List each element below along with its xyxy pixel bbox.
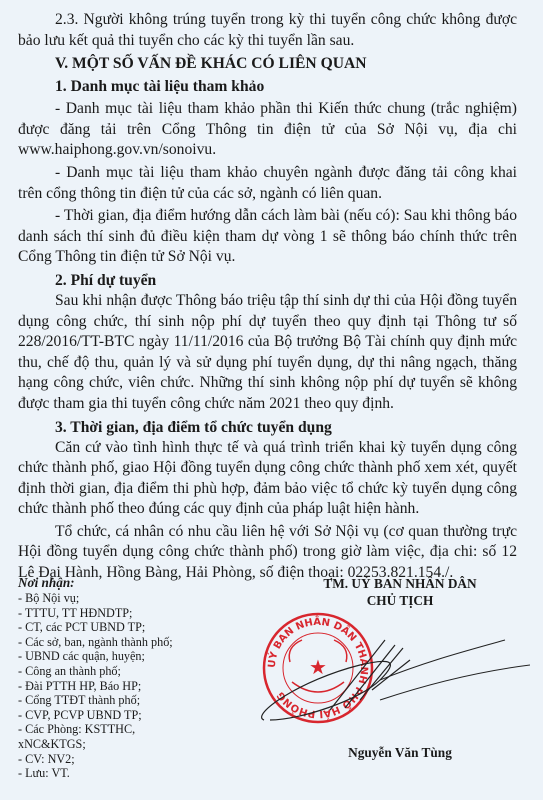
signer-role: CHỦ TỊCH	[300, 592, 500, 609]
document-body: 2.3. Người không trúng tuyển trong kỳ th…	[18, 0, 517, 584]
section-1-item: - Danh mục tài liệu tham khảo phần thi K…	[18, 99, 517, 161]
section-2-heading: 2. Phí dự tuyển	[18, 270, 517, 291]
recipients-title: Nơi nhận:	[18, 575, 228, 591]
recipient-item: - Các sở, ban, ngành thành phố;	[18, 635, 228, 650]
recipient-item: - Cổng TTĐT thành phố;	[18, 693, 228, 708]
section-3-heading: 3. Thời gian, địa điểm tổ chức tuyển dụn…	[18, 417, 517, 438]
recipient-item: - CV: NV2;	[18, 752, 228, 767]
recipients-list: Nơi nhận: - Bộ Nội vụ;- TTTU, TT HĐNDTP;…	[18, 575, 228, 781]
section-1-item: - Thời gian, địa điểm hướng dẫn cách làm…	[18, 206, 517, 268]
recipient-item: - CVP, PCVP UBND TP;	[18, 708, 228, 723]
paragraph-2-3: 2.3. Người không trúng tuyển trong kỳ th…	[18, 10, 517, 51]
signer-organization: TM. UỶ BAN NHÂN DÂN	[300, 575, 500, 592]
recipient-item: - Công an thành phố;	[18, 664, 228, 679]
section-2-text: Sau khi nhận được Thông báo triệu tập th…	[18, 291, 517, 415]
signer-name: Nguyễn Văn Tùng	[300, 745, 500, 761]
section-v-heading: V. MỘT SỐ VẤN ĐỀ KHÁC CÓ LIÊN QUAN	[18, 53, 517, 74]
recipient-item: xNC&KTGS;	[18, 737, 228, 752]
signature-icon	[260, 620, 530, 740]
section-1-item: - Danh mục tài liệu tham khảo chuyên ngà…	[18, 163, 517, 204]
recipient-item: - UBND các quận, huyện;	[18, 649, 228, 664]
section-3-text: Căn cứ vào tình hình thực tế và quá trìn…	[18, 438, 517, 520]
recipient-item: - Các Phòng: KSTTHC,	[18, 722, 228, 737]
recipient-item: - CT, các PCT UBND TP;	[18, 620, 228, 635]
section-1-heading: 1. Danh mục tài liệu tham khảo	[18, 76, 517, 97]
recipient-item: - Lưu: VT.	[18, 766, 228, 781]
recipient-item: - Đài PTTH HP, Báo HP;	[18, 679, 228, 694]
recipient-item: - Bộ Nội vụ;	[18, 591, 228, 606]
recipient-item: - TTTU, TT HĐNDTP;	[18, 606, 228, 621]
signature-block: TM. UỶ BAN NHÂN DÂN CHỦ TỊCH Nguyễn Văn …	[300, 575, 500, 609]
